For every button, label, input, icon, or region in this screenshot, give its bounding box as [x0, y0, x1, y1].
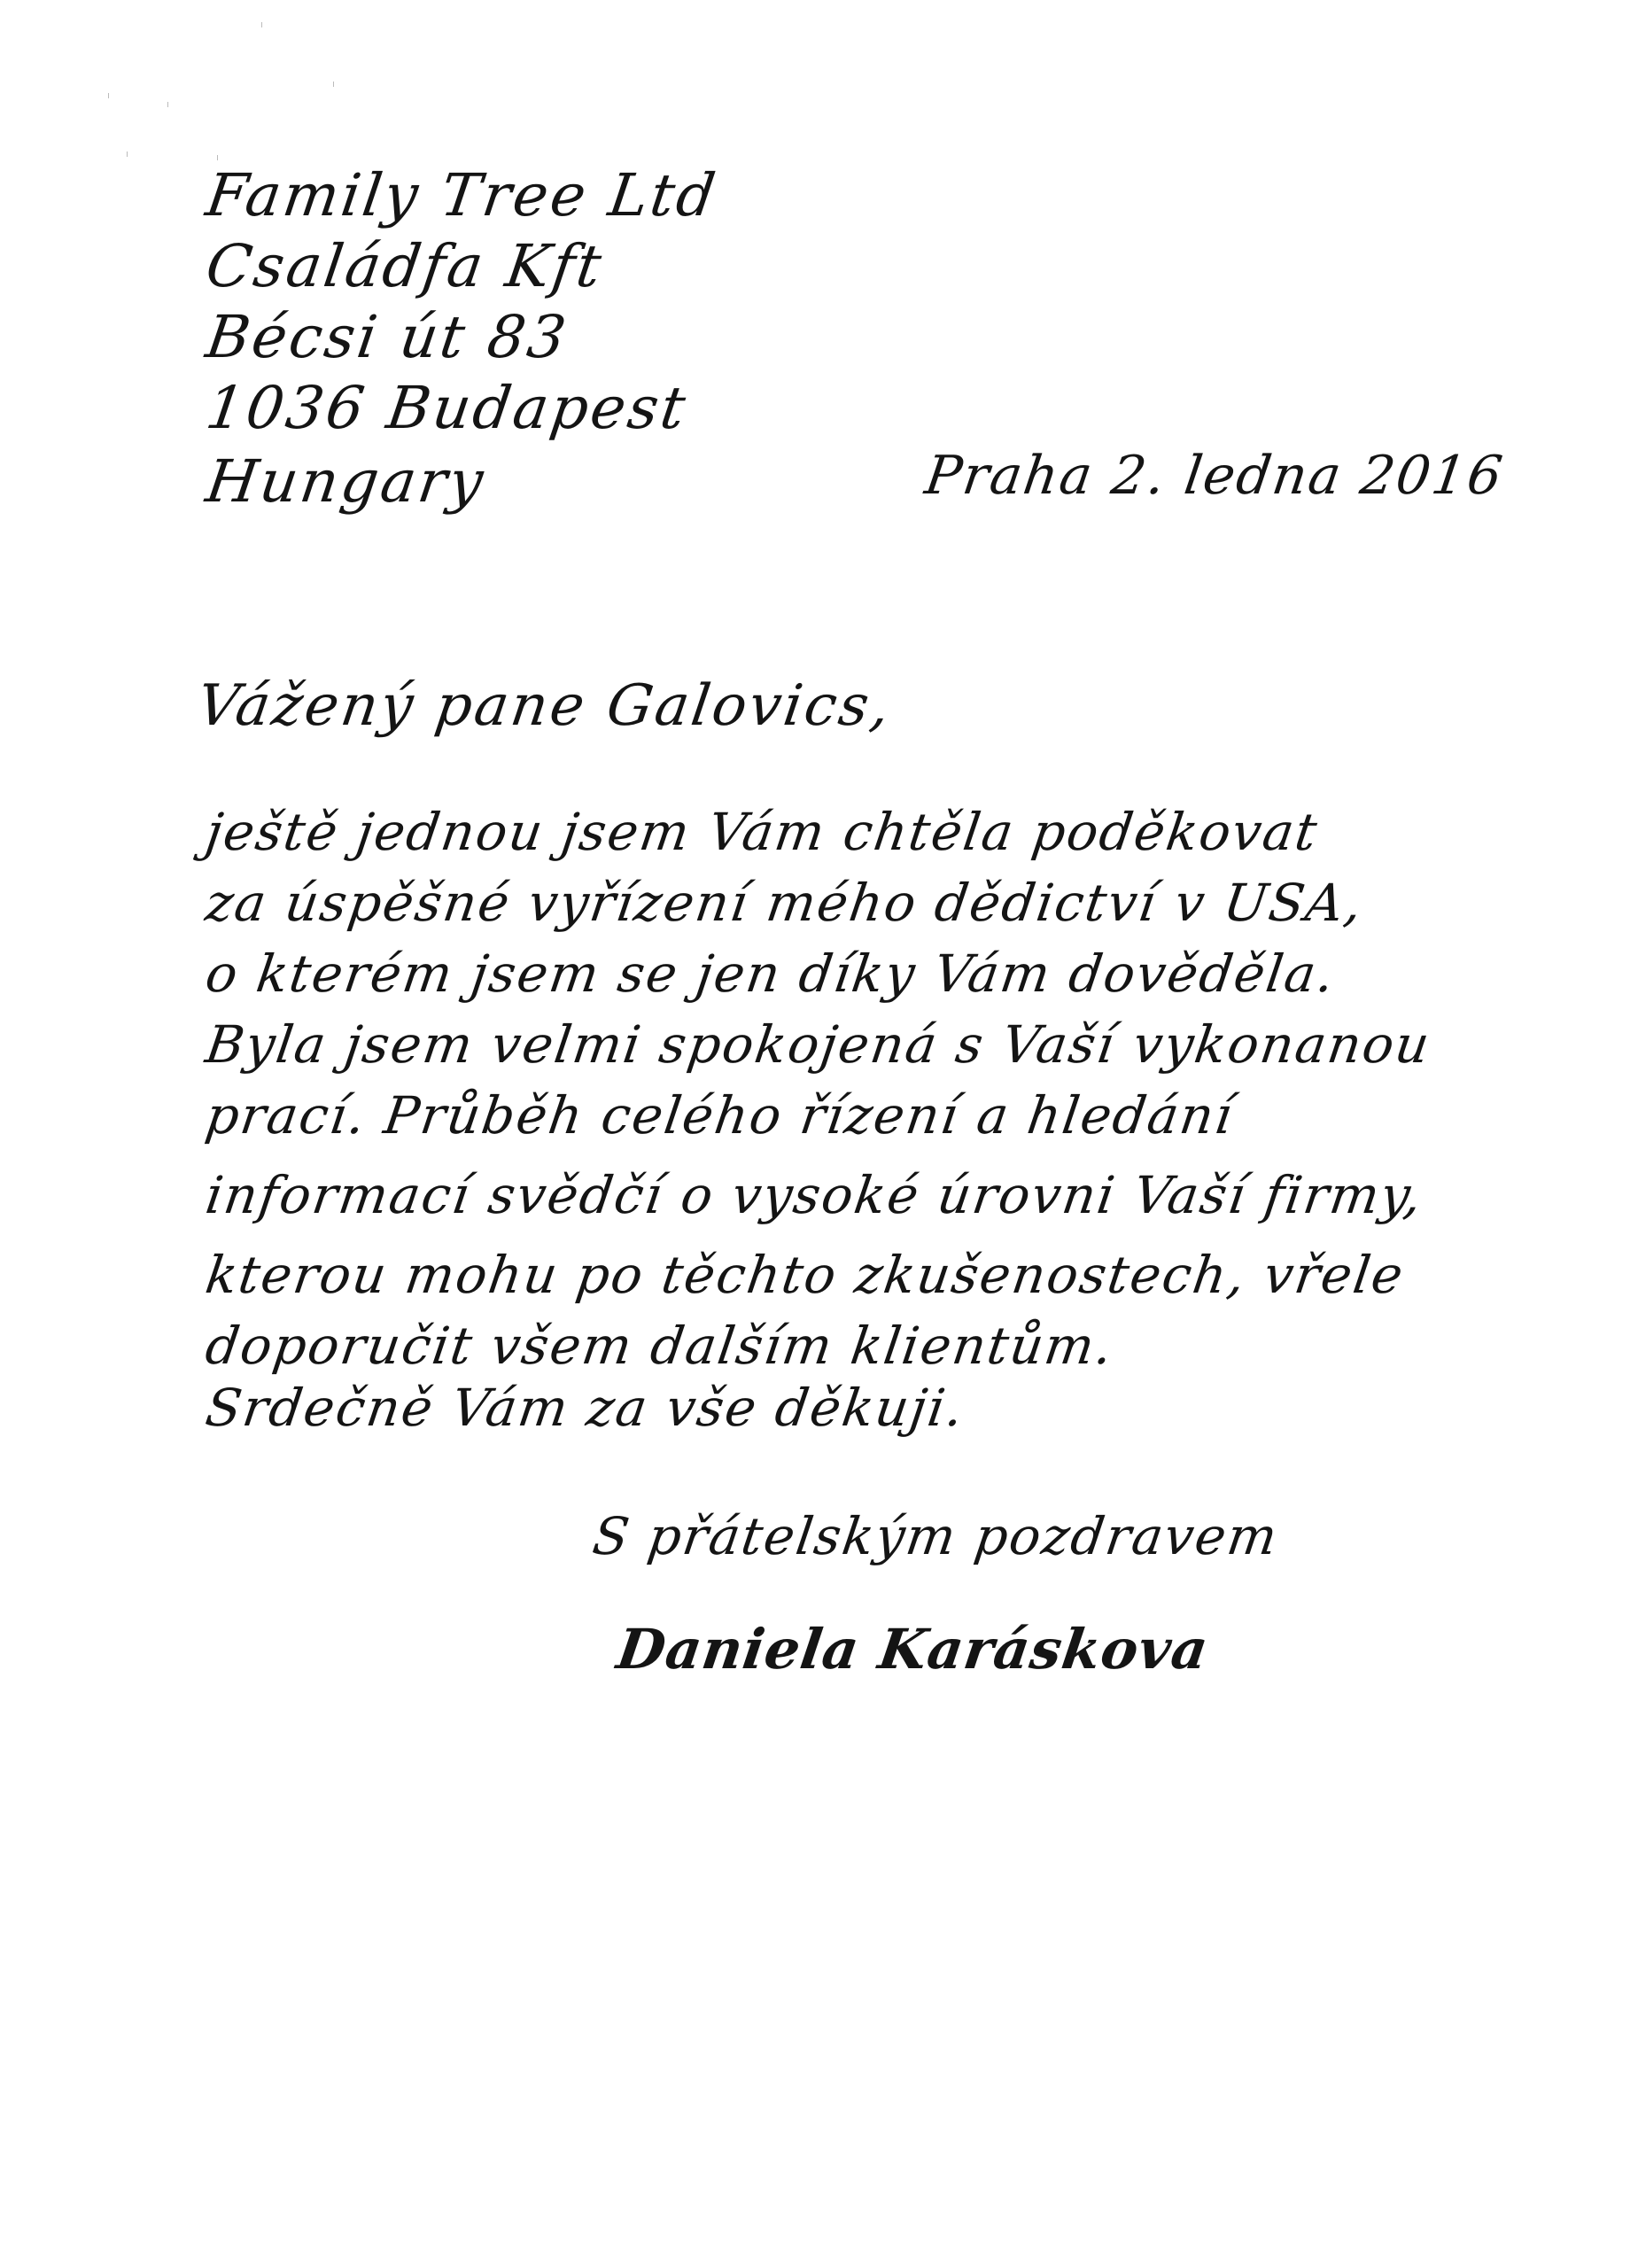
address-line: Hungary	[202, 447, 490, 516]
closing: S přátelským pozdravem	[589, 1506, 1283, 1566]
scan-speck	[261, 22, 262, 27]
scan-speck	[333, 82, 334, 87]
place-and-date: Praha 2. ledna 2016	[921, 445, 1508, 507]
letter-page: Family Tree Ltd Családfa Kft Bécsi út 83…	[0, 0, 1638, 2268]
scan-speck	[108, 93, 109, 98]
body-line: o kterém jsem se jen díky Vám dověděla.	[202, 944, 1339, 1004]
scan-speck	[167, 102, 168, 107]
scan-speck	[127, 151, 128, 157]
address-line: 1036 Budapest	[202, 374, 692, 442]
address-line: Bécsi út 83	[202, 303, 572, 371]
body-line: informací svědčí o vysoké úrovni Vaší fi…	[202, 1165, 1427, 1225]
body-line: kterou mohu po těchto zkušenostech, vřel…	[202, 1245, 1409, 1305]
address-line: Family Tree Ltd	[202, 161, 722, 229]
body-line: za úspěšné vyřízení mého dědictví v USA,	[202, 873, 1367, 933]
body-line: doporučit všem dalším klientům.	[202, 1316, 1118, 1376]
body-line: Byla jsem velmi spokojená s Vaší vykonan…	[202, 1014, 1434, 1075]
address-line: Családfa Kft	[202, 232, 608, 300]
body-line: prací. Průběh celého řízení a hledání	[202, 1085, 1238, 1146]
signature: Daniela Karáskova	[613, 1617, 1213, 1682]
body-line: Srdečně Vám za vše děkuji.	[202, 1378, 968, 1438]
body-line: ještě jednou jsem Vám chtěla poděkovat	[202, 802, 1323, 862]
salutation: Vážený pane Galovics,	[193, 673, 897, 739]
scan-speck	[217, 155, 218, 160]
